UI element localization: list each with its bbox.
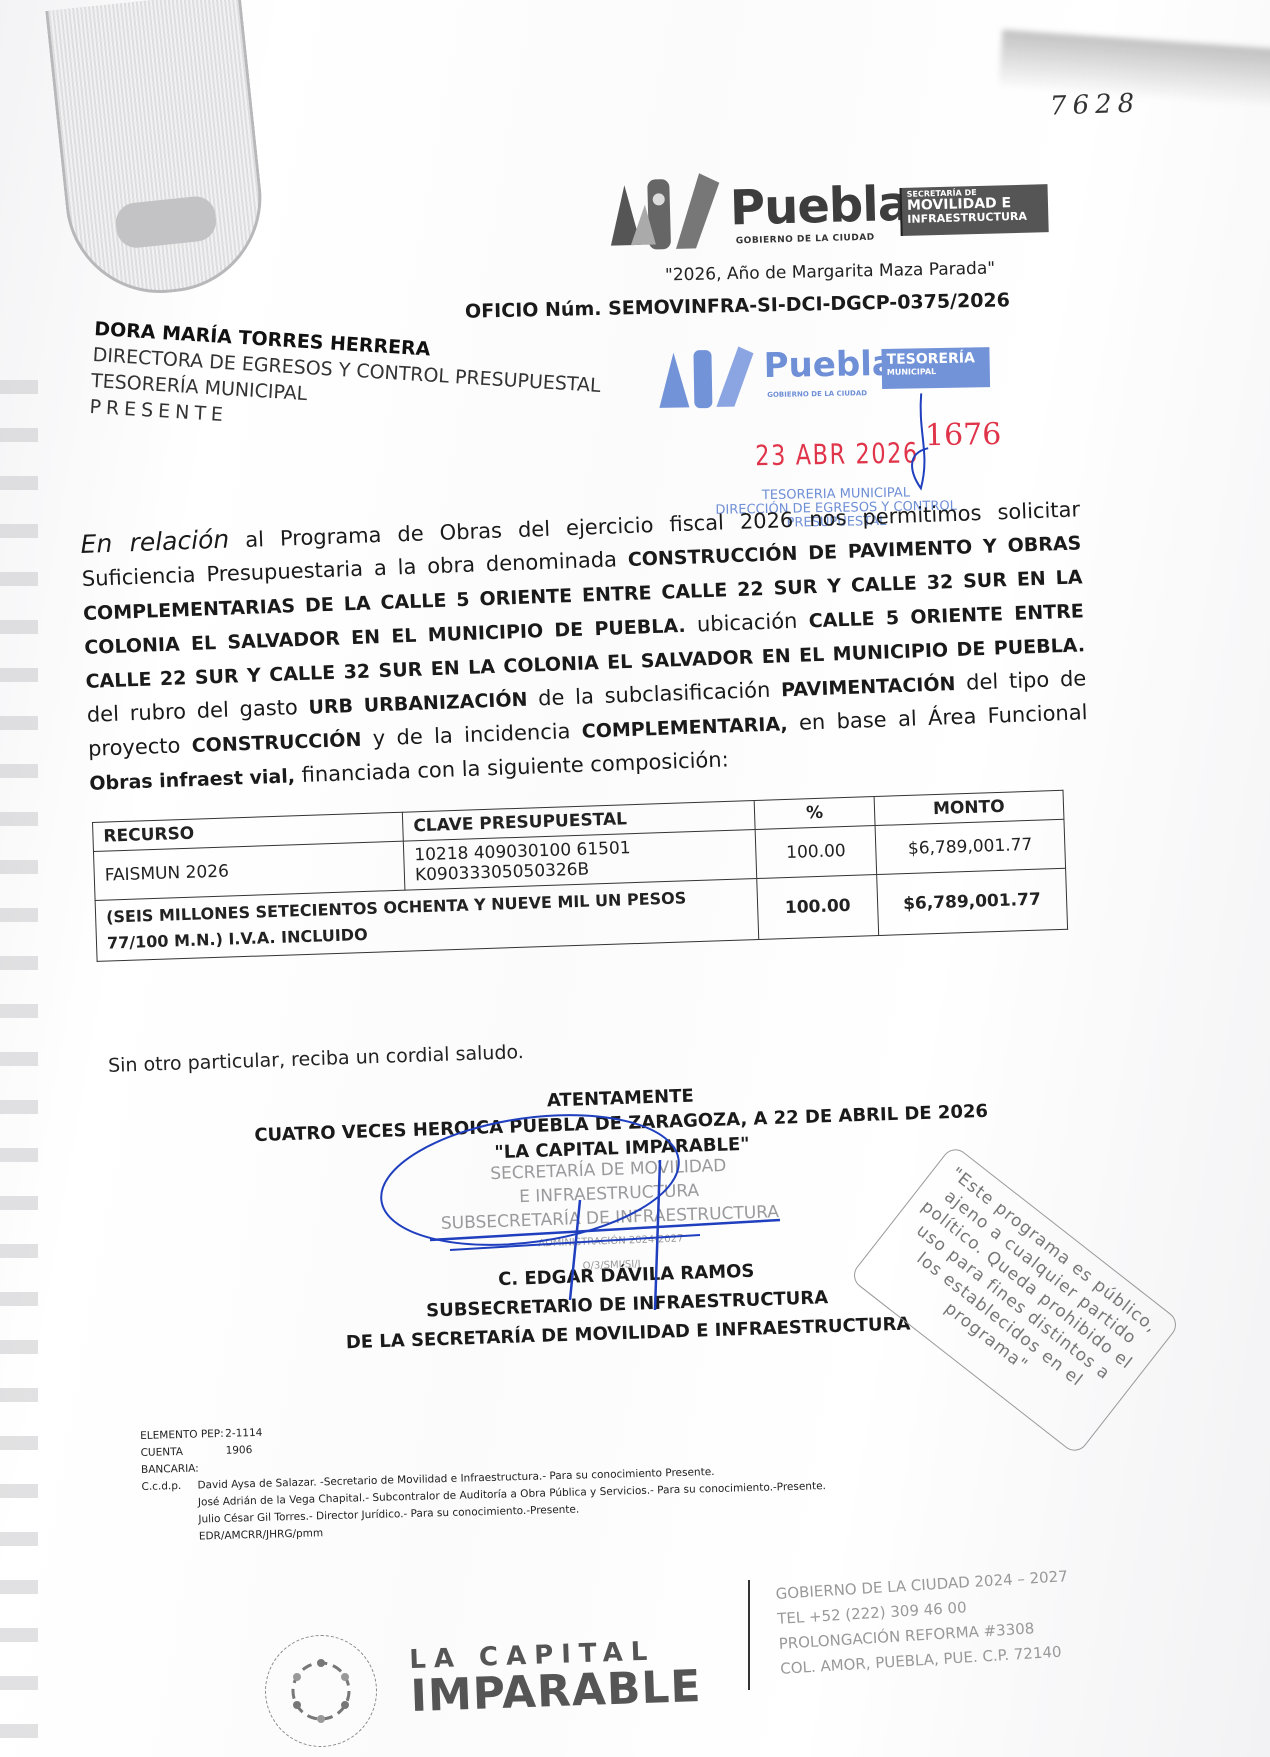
budget-table: RECURSO CLAVE PRESUPUESTAL % MONTO FAISM… [92, 790, 1068, 962]
year-motto: "2026, Año de Margarita Maza Parada" [665, 259, 995, 286]
reception-date: 23 ABR 2026 [755, 436, 919, 472]
puebla-semovinfra-logo: Puebla GOBIERNO DE LA CIUDAD SECRETARÍA … [599, 154, 1051, 261]
nmx-equality-logo-icon [265, 1635, 377, 1747]
footer-contact: GOBIERNO DE LA CIUDAD 2024 – 2027 TEL +5… [775, 1564, 1073, 1682]
closing-line: Sin otro particular, reciba un cordial s… [108, 1041, 524, 1077]
la-capital-imparable-logo: LA CAPITAL IMPARABLE [409, 1635, 702, 1719]
decorative-border [0, 380, 38, 1757]
recipient-block: DORA MARÍA TORRES HERRERA DIRECTORA DE E… [89, 318, 603, 449]
handwritten-number: 7628 [1050, 88, 1141, 121]
logo-word: Puebla [729, 176, 910, 237]
tesoreria-box: TESORERÍA MUNICIPAL [881, 347, 990, 389]
handwritten-signature-icon [370, 1100, 790, 1320]
oficio-number: OFICIO Núm. SEMOVINFRA-SI-DCI-DGCP-0375/… [465, 289, 1010, 322]
initial-mark-icon [899, 393, 941, 494]
stamp-skyline-icon [653, 341, 764, 413]
total-amount: $6,789,001.77 [876, 868, 1067, 935]
city-seal-watermark [45, 0, 271, 302]
footer-divider [748, 1580, 750, 1690]
request-paragraph: En relación al Programa de Obras del eje… [80, 491, 1089, 800]
references-block: ELEMENTO PEP:2-1114 CUENTA BANCARIA:1906… [140, 1410, 827, 1547]
scanned-document: 7628 Puebla GOBIERNO DE LA CIUDAD SECRET… [0, 0, 1270, 1757]
city-skyline-logo-icon [599, 163, 731, 256]
secretaria-box: SECRETARÍA DE MOVILIDAD E INFRAESTRUCTUR… [900, 184, 1049, 236]
